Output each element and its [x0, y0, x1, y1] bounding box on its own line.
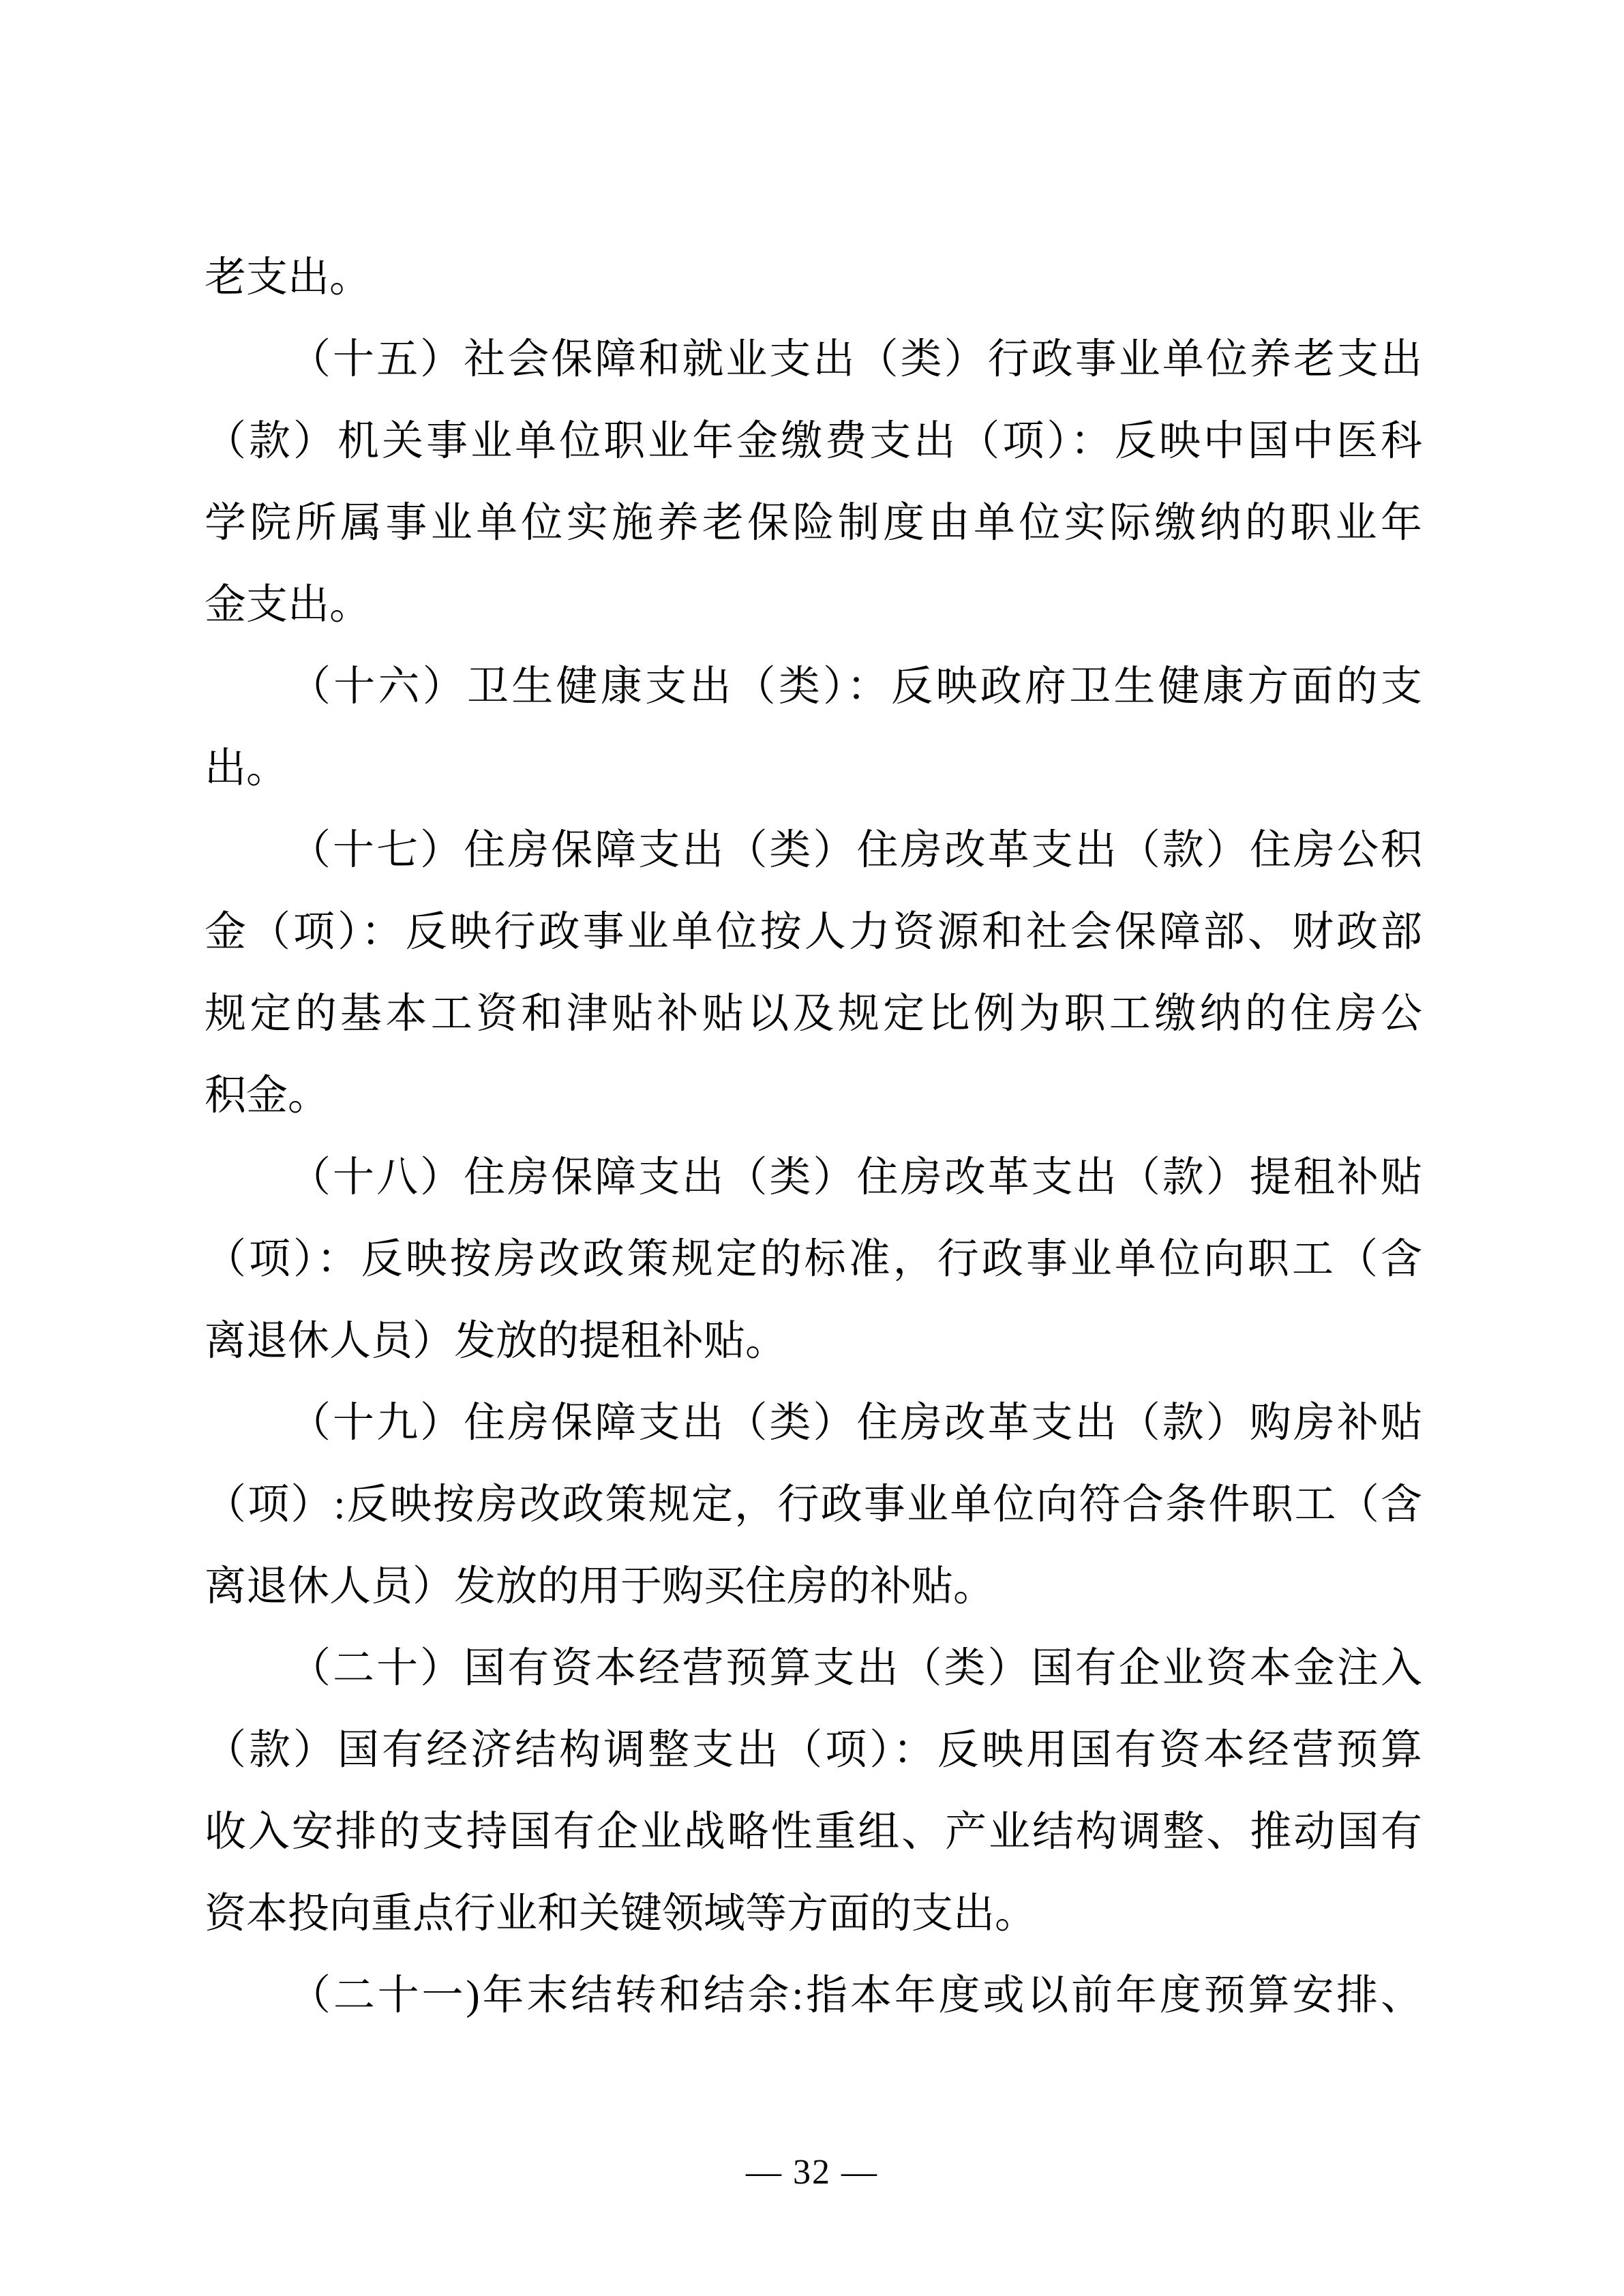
document-body: 老支出。 （十五）社会保障和就业支出（类）行政事业单位养老支出 （款）机关事业单…	[205, 237, 1422, 2037]
document-line: 出。	[205, 728, 1422, 810]
document-line: 离退休人员）发放的用于购买住房的补贴。	[205, 1546, 1422, 1628]
document-line: （十七）住房保障支出（类）住房改革支出（款）住房公积	[205, 810, 1422, 892]
document-line: （十八）住房保障支出（类）住房改革支出（款）提租补贴	[205, 1137, 1422, 1219]
page-footer: — 32 —	[0, 2142, 1624, 2203]
document-line: 规定的基本工资和津贴补贴以及规定比例为职工缴纳的住房公	[205, 973, 1422, 1055]
document-line: （二十）国有资本经营预算支出（类）国有企业资本金注入	[205, 1628, 1422, 1710]
document-line: 学院所属事业单位实施养老保险制度由单位实际缴纳的职业年	[205, 483, 1422, 564]
document-line: 老支出。	[205, 237, 1422, 319]
document-line: （十九）住房保障支出（类）住房改革支出（款）购房补贴	[205, 1383, 1422, 1464]
document-line: （十六）卫生健康支出（类）：反映政府卫生健康方面的支	[205, 646, 1422, 728]
document-line: （款）机关事业单位职业年金缴费支出（项）：反映中国中医科	[205, 401, 1422, 483]
page-number: — 32 —	[746, 2153, 878, 2192]
document-line: 金支出。	[205, 564, 1422, 646]
document-line: 离退休人员）发放的提租补贴。	[205, 1301, 1422, 1383]
document-line: 收入安排的支持国有企业战略性重组、产业结构调整、推动国有	[205, 1792, 1422, 1873]
document-page: 老支出。 （十五）社会保障和就业支出（类）行政事业单位养老支出 （款）机关事业单…	[0, 0, 1624, 2296]
document-line: （项）:反映按房改政策规定，行政事业单位向符合条件职工（含	[205, 1464, 1422, 1546]
document-line: （十五）社会保障和就业支出（类）行政事业单位养老支出	[205, 319, 1422, 401]
document-line: 金（项）：反映行政事业单位按人力资源和社会保障部、财政部	[205, 892, 1422, 973]
document-line: （项）：反映按房改政策规定的标准，行政事业单位向职工（含	[205, 1219, 1422, 1301]
document-line: （二十一)年末结转和结余:指本年度或以前年度预算安排、	[205, 1955, 1422, 2037]
document-line: 资本投向重点行业和关键领域等方面的支出。	[205, 1873, 1422, 1955]
document-line: 积金。	[205, 1055, 1422, 1137]
document-line: （款）国有经济结构调整支出（项）：反映用国有资本经营预算	[205, 1710, 1422, 1792]
